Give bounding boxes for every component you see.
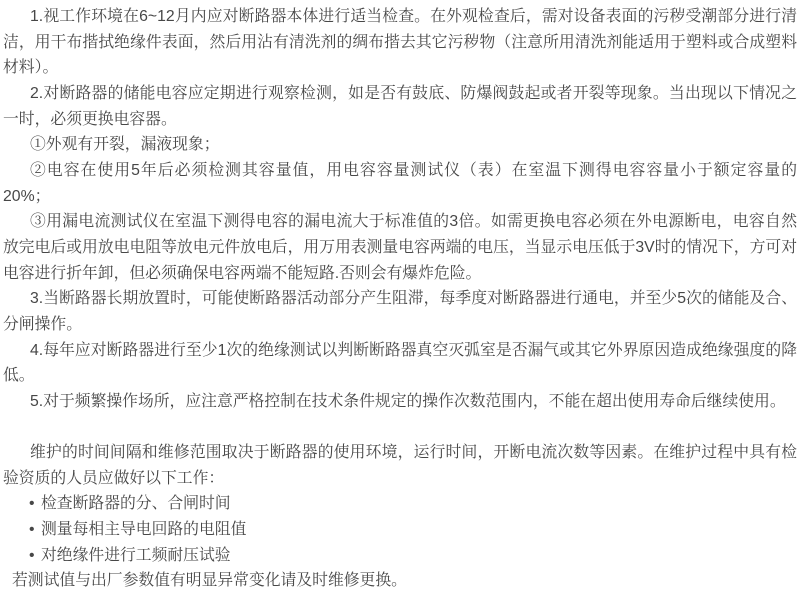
- paragraph-condition-2: ②电容在使用5年后必须检测其容量值，用电容容量测试仪（表）在室温下测得电容容量小…: [3, 158, 797, 209]
- paragraph-condition-3: ③用漏电流测试仪在室温下测得电容的漏电流大于标准值的3倍。如需更换电容必须在外电…: [3, 209, 797, 286]
- list-item-text: 测量每相主导电回路的电阻值: [41, 521, 246, 538]
- bullet-icon: •: [29, 517, 41, 543]
- paragraph-inspection: 1.视工作环境在6~12月内应对断路器本体进行适当检查。在外观检查后，需对设备表…: [3, 4, 797, 81]
- list-item: •对绝缘件进行工频耐压试验: [3, 543, 797, 569]
- bullet-icon: •: [29, 543, 41, 569]
- bullet-icon: •: [29, 491, 41, 517]
- paragraph-long-storage: 3.当断路器长期放置时，可能使断路器活动部分产生阻滞，每季度对断路器进行通电，并…: [3, 286, 797, 337]
- list-item: •检查断路器的分、合闸时间: [3, 491, 797, 517]
- paragraph-frequent-operation: 5.对于频繁操作场所，应注意严格控制在技术条件规定的操作次数范围内，不能在超出使…: [3, 389, 797, 415]
- list-item-text: 检查断路器的分、合闸时间: [41, 495, 231, 512]
- paragraph-insulation-test: 4.每年应对断路器进行至少1次的绝缘测试以判断断路器真空灭弧室是否漏气或其它外界…: [3, 338, 797, 389]
- document-body: 1.视工作环境在6~12月内应对断路器本体进行适当检查。在外观检查后，需对设备表…: [0, 0, 800, 589]
- list-item-text: 对绝缘件进行工频耐压试验: [41, 547, 231, 564]
- paragraph-capacitor-check: 2.对断路器的储能电容应定期进行观察检测，如是否有鼓底、防爆阀鼓起或者开裂等现象…: [3, 81, 797, 132]
- paragraph-closing-note: 若测试值与出厂参数值有明显异常变化请及时维修更换。: [3, 568, 797, 589]
- paragraph-maintenance-intro: 维护的时间间隔和维修范围取决于断路器的使用环境，运行时间，开断电流次数等因素。在…: [3, 440, 797, 491]
- list-item: •测量每相主导电回路的电阻值: [3, 517, 797, 543]
- paragraph-condition-1: ①外观有开裂，漏液现象；: [3, 132, 797, 158]
